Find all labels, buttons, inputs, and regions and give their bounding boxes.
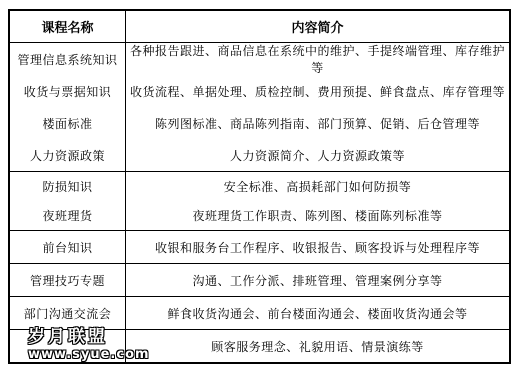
content-cell: 顾客服务理念、礼貌用语、情景演练等 [126, 330, 509, 362]
table-row: 夜班理货 夜班理货工作职责、陈列图、楼面陈列标准等 [10, 201, 509, 230]
course-name-cell: 夜班理货 [10, 201, 126, 230]
course-table: 课程名称 内容简介 管理信息系统知识 各种报告跟进、商品信息在系统中的维护、手提… [8, 9, 511, 364]
course-name-cell: 收货与票据知识 [10, 75, 126, 107]
content-cell: 各种报告跟进、商品信息在系统中的维护、手提终端管理、库存维护等 [126, 43, 509, 75]
course-name-cell: 防损知识 [10, 172, 126, 201]
course-name-cell: 人力资源政策 [10, 139, 126, 171]
content-cell: 人力资源简介、人力资源政策等 [126, 139, 509, 171]
content-cell: 夜班理货工作职责、陈列图、楼面陈列标准等 [126, 201, 509, 230]
content-cell: 陈列图标准、商品陈列指南、部门预算、促销、后仓管理等 [126, 107, 509, 139]
table-row: 前台知识 收银和服务台工作程序、收银报告、顾客投诉与处理程序等 [10, 230, 509, 263]
course-name-header: 课程名称 [10, 11, 126, 42]
table-row: 楼面标准 陈列图标准、商品陈列指南、部门预算、促销、后仓管理等 [10, 107, 509, 139]
content-header: 内容简介 [126, 11, 509, 42]
table-header-row: 课程名称 内容简介 [10, 11, 509, 43]
course-name-cell: 部门沟通交流会 [10, 297, 126, 329]
table-row: 人力资源政策 人力资源简介、人力资源政策等 [10, 139, 509, 171]
content-cell: 鲜食收货沟通会、前台楼面沟通会、楼面收货沟通会等 [126, 297, 509, 329]
table-row: 顾客服务理念、礼貌用语、情景演练等 [10, 329, 509, 362]
table-row: 管理技巧专题 沟通、工作分派、排班管理、管理案例分享等 [10, 263, 509, 296]
course-name-cell: 前台知识 [10, 231, 126, 263]
table-row: 收货与票据知识 收货流程、单据处理、质检控制、费用预提、鲜食盘点、库存管理等 [10, 75, 509, 107]
content-cell: 安全标准、高损耗部门如何防损等 [126, 172, 509, 201]
table-row: 部门沟通交流会 鲜食收货沟通会、前台楼面沟通会、楼面收货沟通会等 [10, 296, 509, 329]
table-row: 防损知识 安全标准、高损耗部门如何防损等 [10, 171, 509, 201]
table-row: 管理信息系统知识 各种报告跟进、商品信息在系统中的维护、手提终端管理、库存维护等 [10, 43, 509, 75]
content-cell: 收银和服务台工作程序、收银报告、顾客投诉与处理程序等 [126, 231, 509, 263]
course-name-cell: 管理信息系统知识 [10, 43, 126, 75]
content-cell: 沟通、工作分派、排班管理、管理案例分享等 [126, 264, 509, 296]
course-name-cell: 楼面标准 [10, 107, 126, 139]
course-name-cell [10, 330, 126, 362]
content-cell: 收货流程、单据处理、质检控制、费用预提、鲜食盘点、库存管理等 [126, 75, 509, 107]
course-name-cell: 管理技巧专题 [10, 264, 126, 296]
